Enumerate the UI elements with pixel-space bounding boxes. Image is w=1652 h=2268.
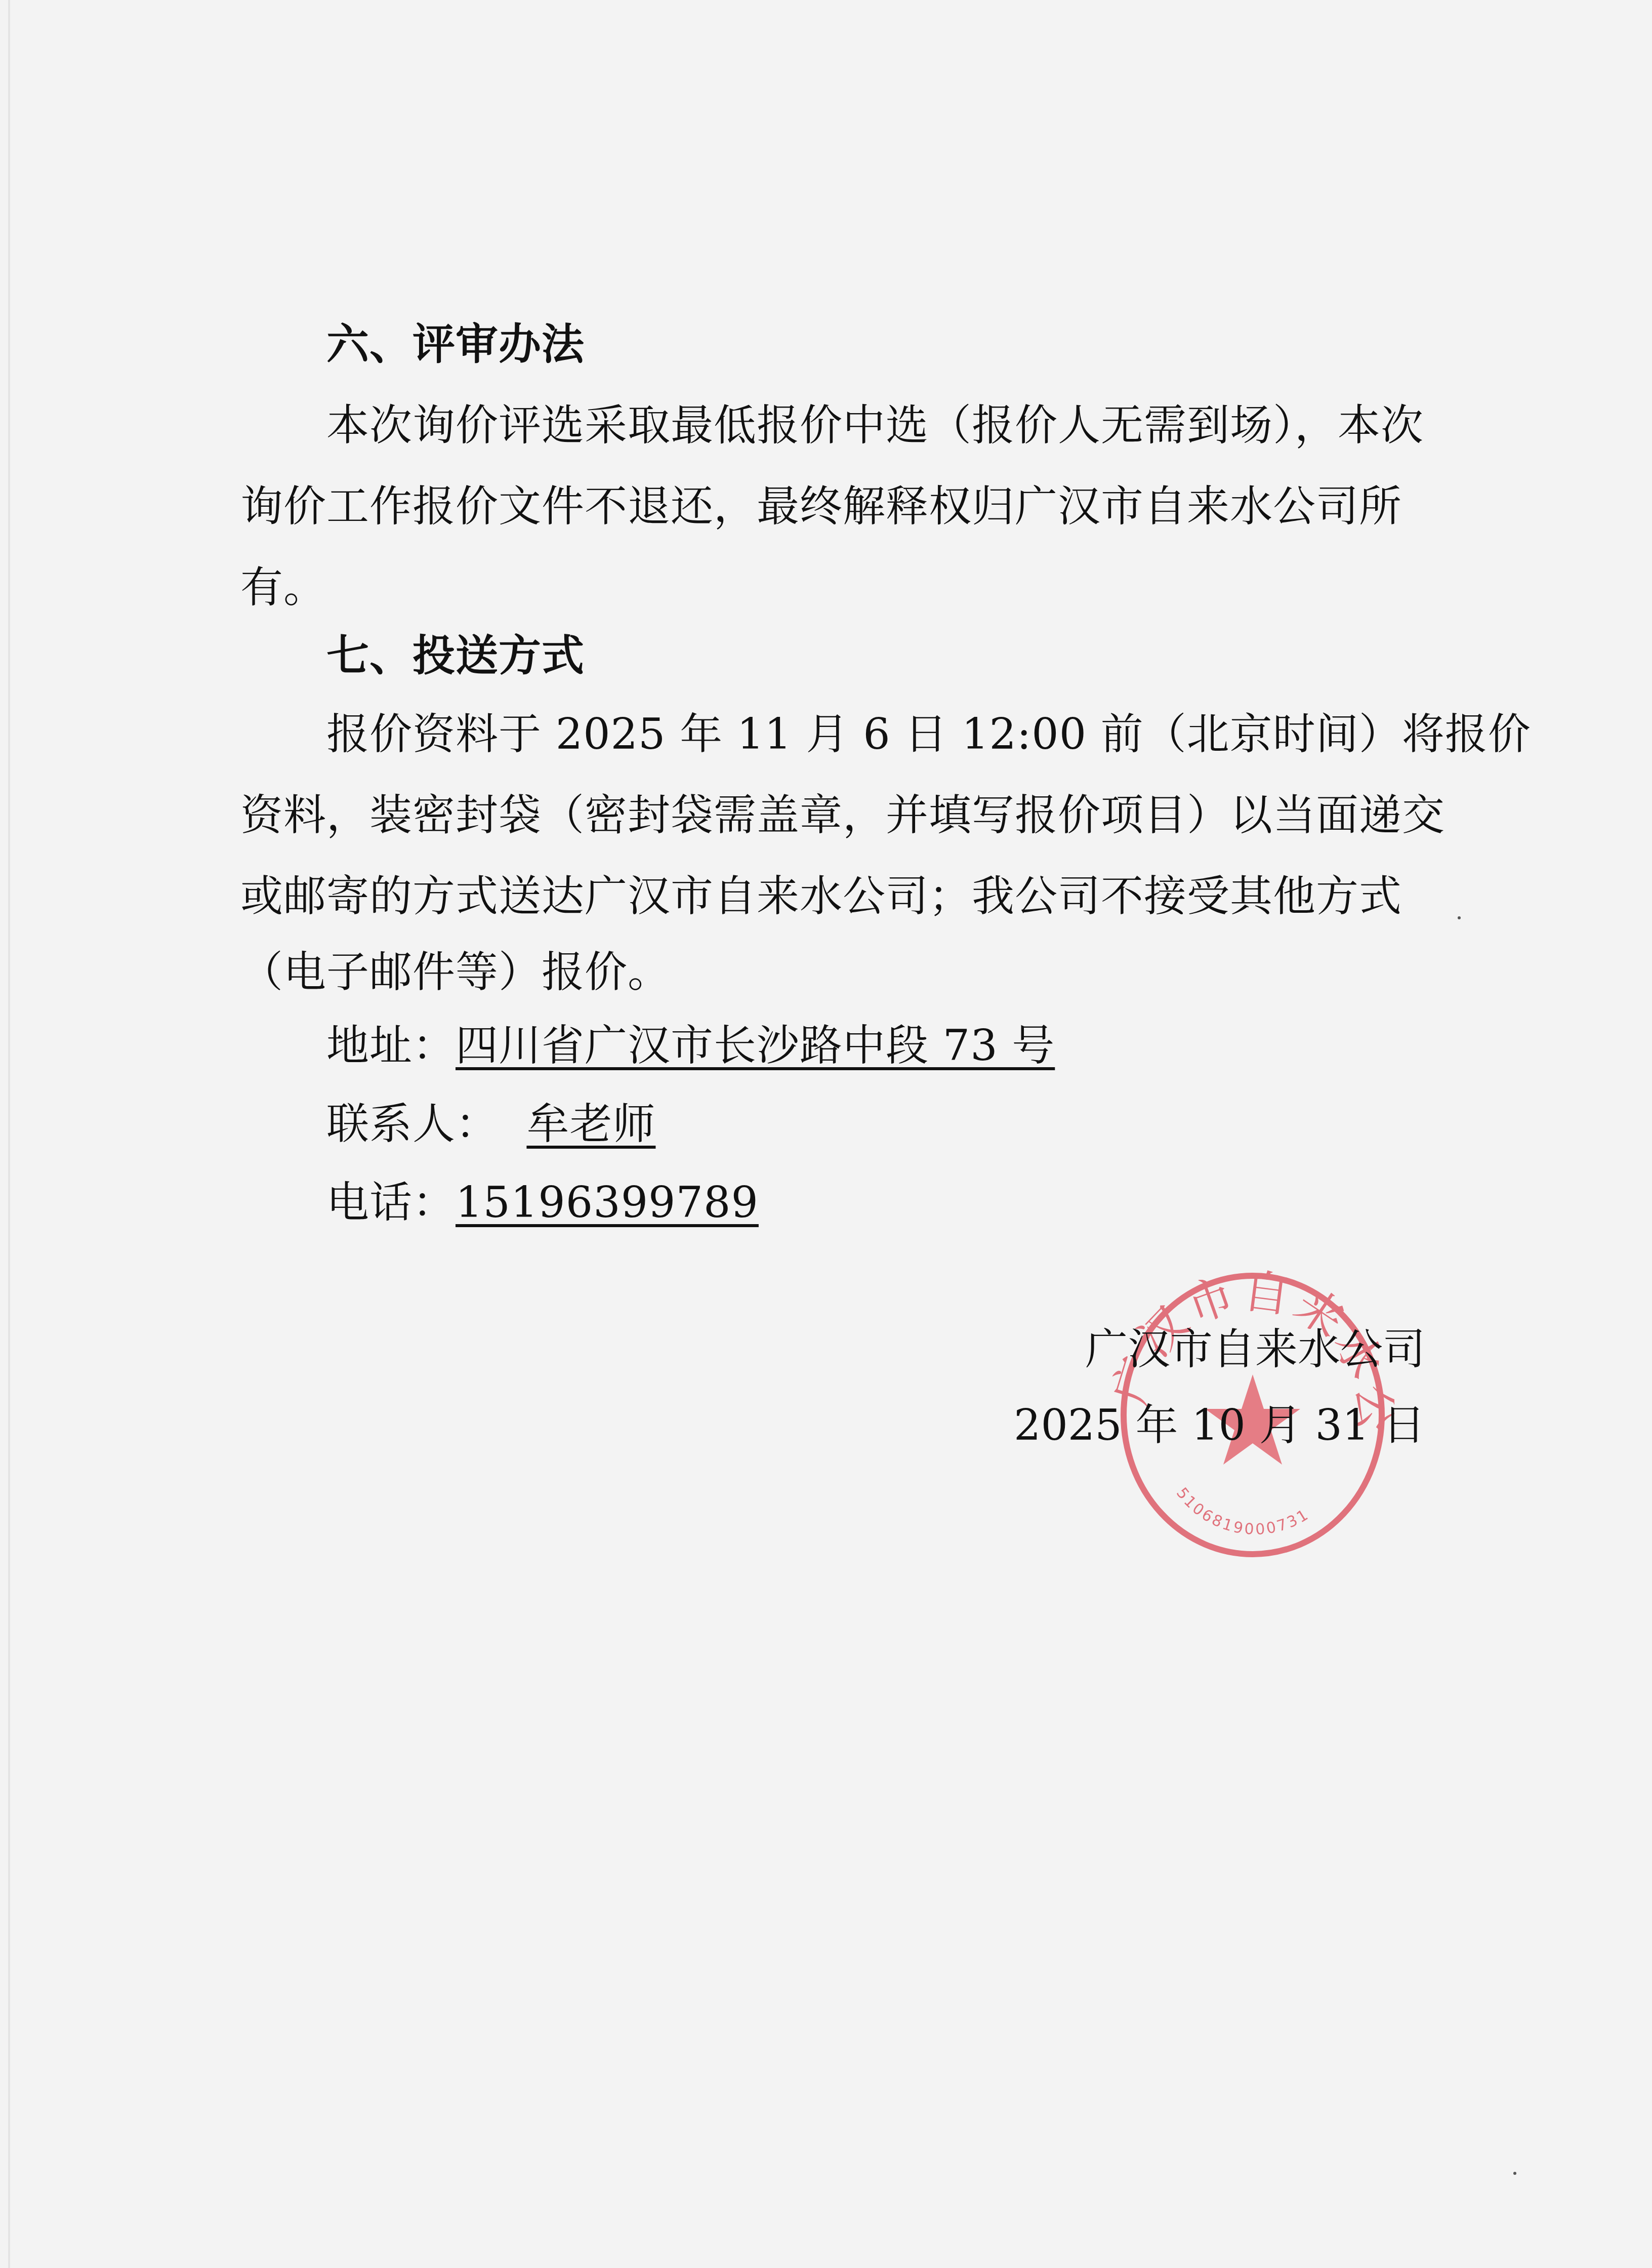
address-row: 地址：四川省广汉市长沙路中段 73 号 [326, 1020, 1521, 1071]
signature-date: 2025 年 10 月 31 日 [1014, 1400, 1425, 1450]
address-value: 四川省广汉市长沙路中段 73 号 [456, 1021, 1055, 1070]
section-7-line-2: 资料，装密封袋（密封袋需盖章，并填写报价项目）以当面递交 [240, 790, 1435, 840]
section-6-line-3: 有。 [240, 562, 1435, 613]
phone-row: 电话：15196399789 [326, 1177, 1521, 1228]
section-6-line-1: 本次询价评选采取最低报价中选（报价人无需到场），本次 [326, 400, 1521, 451]
contact-person-value: 牟老师 [526, 1099, 655, 1149]
section-7-line-4: （电子邮件等）报价。 [240, 947, 1435, 997]
address-label: 地址： [326, 1021, 456, 1070]
signature-company: 广汉市自来水公司 [1085, 1324, 1425, 1374]
scan-edge-line [8, 0, 10, 2268]
phone-value: 15196399789 [456, 1178, 759, 1227]
contact-person-row: 联系人： 牟老师 [326, 1099, 1521, 1149]
scan-speck [1513, 2172, 1516, 2175]
section-7-line-1: 报价资料于 2025 年 11 月 6 日 12:00 前（北京时间）将报价 [326, 709, 1521, 759]
section-7-line-3: 或邮寄的方式送达广汉市自来水公司；我公司不接受其他方式 [240, 871, 1435, 921]
section-6-heading: 六、评审办法 [326, 319, 1521, 370]
svg-text:5106819000731: 5106819000731 [1173, 1484, 1313, 1538]
section-6-line-2: 询价工作报价文件不退还，最终解释权归广汉市自来水公司所 [240, 481, 1435, 532]
contact-person-label: 联系人： [326, 1099, 499, 1149]
section-7-heading: 七、投送方式 [326, 630, 1521, 681]
scan-speck [1458, 916, 1461, 919]
phone-label: 电话： [326, 1178, 456, 1227]
